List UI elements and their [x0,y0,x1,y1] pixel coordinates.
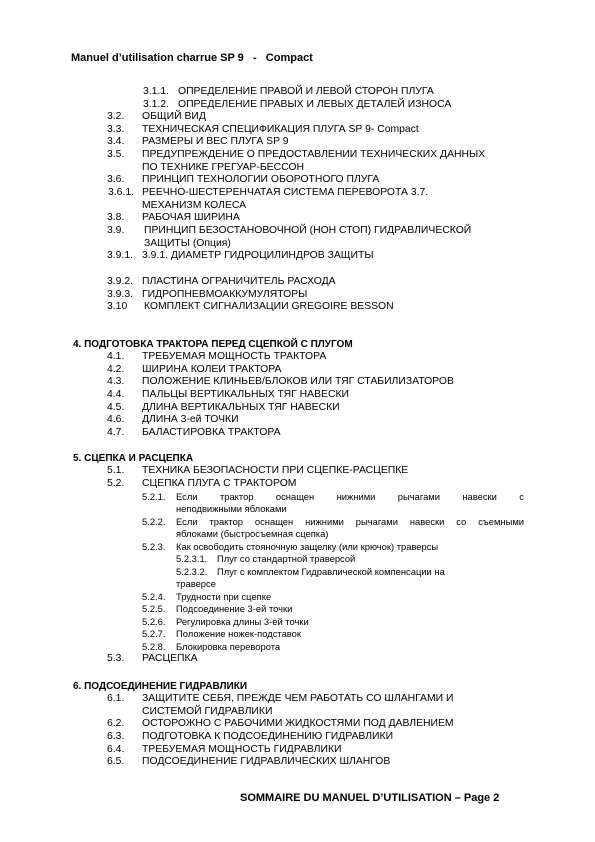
toc-text: ПО ТЕХНИКЕ ГРЕГУАР-БЕССОН [142,162,304,175]
toc-number: 3.5. [107,149,124,162]
toc-number: 3.8. [107,212,124,225]
toc-text: РАЗМЕРЫ И ВЕС ПЛУГА SP 9 [142,136,289,149]
toc-number: 6.5. [107,756,124,769]
toc-number: 5.2.4. [142,591,165,604]
toc-text: ЗАЩИТИТЕ СЕБЯ, ПРЕЖДЕ ЧЕМ РАБОТАТЬ СО ШЛ… [142,693,453,706]
toc-text: Если трактор оснащен нижними рычагами на… [176,491,524,504]
toc-number: 3.9.3. [107,289,133,302]
toc-number: 4.2. [107,364,124,377]
toc-number: 3.9.2. [107,276,133,289]
toc-text: ОБЩИЙ ВИД [142,111,206,124]
toc-text: ПОДГОТОВКА К ПОДСОЕДИНЕНИЮ ГИДРАВЛИКИ [142,731,393,744]
toc-text: ПЛАСТИНА ОГРАНИЧИТЕЛЬ РАСХОДА [142,276,336,289]
toc-number: 6.4. [107,744,124,757]
toc-number: 4.3. [107,376,124,389]
toc-text: ЗАЩИТЫ (Опция) [144,238,231,251]
toc-number: 3.6.1. [108,187,134,200]
toc-number: 3.10 [107,301,127,314]
toc-text: ГИДРОПНЕВМОАККУМУЛЯТОРЫ [142,289,307,302]
toc-number: 4.5. [107,402,124,415]
toc-text: ОПРЕДЕЛЕНИЕ ПРАВЫХ И ЛЕВЫХ ДЕТАЛЕЙ ИЗНОС… [178,99,451,112]
toc-number: 6.1. [107,693,124,706]
toc-text: Блокировка переворота [176,641,280,654]
toc-text: БАЛАСТИРОВКА ТРАКТОРА [142,427,281,440]
toc-text: Плуг с комплектом Гидравлической компенс… [217,566,445,579]
toc-text: ПОДСОЕДИНЕНИЕ ГИДРАВЛИЧЕСКИХ ШЛАНГОВ [142,756,390,769]
toc-text: ТРЕБУЕМАЯ МОЩНОСТЬ ГИДРАВЛИКИ [142,744,342,757]
toc-number: 5.2.7. [142,628,165,641]
toc-text: ТЕХНИКА БЕЗОПАСНОСТИ ПРИ СЦЕПКЕ-РАСЦЕПКЕ [142,465,408,478]
section-heading: 4. ПОДГОТОВКА ТРАКТОРА ПЕРЕД СЦЕПКОЙ С П… [73,339,353,350]
toc-number: 4.4. [107,389,124,402]
toc-number: 5.2.8. [142,641,165,654]
toc-text: ТЕХНИЧЕСКАЯ СПЕЦИФИКАЦИЯ ПЛУГА SP 9- Com… [142,124,419,137]
toc-text: ПРИНЦИП ТЕХНОЛОГИИ ОБОРОТНОГО ПЛУГА [142,174,379,187]
document-header: Manuel d’utilisation charrue SP 9 - Comp… [71,52,313,64]
toc-number: 4.6. [107,414,124,427]
toc-text: Если трактор оснащен нижними рычагами на… [176,516,524,529]
toc-text: ШИРИНА КОЛЕИ ТРАКТОРА [142,364,281,377]
toc-number: 3.1.1. [143,86,169,99]
section-heading: 6. ПОДСОЕДИНЕНИЕ ГИДРАВЛИКИ [73,681,247,692]
toc-number: 6.2. [107,718,124,731]
toc-text: ТРЕБУЕМАЯ МОЩНОСТЬ ТРАКТОРА [142,351,326,364]
toc-text: яблоками (быстросъемная сцепка) [176,528,328,541]
toc-number: 3.4. [107,136,124,149]
toc-text: СИСТЕМОЙ ГИДРАВЛИКИ [142,706,272,719]
toc-text: РЕЕЧНО-ШЕСТЕРЕНЧАТАЯ СИСТЕМА ПЕРЕВОРОТА … [142,187,428,200]
toc-text: РАСЦЕПКА [142,653,198,666]
toc-text: Как освободить стояночную защелку (или к… [176,541,438,554]
toc-number: 5.2.3.1. [176,553,207,566]
toc-number: 4.1. [107,351,124,364]
toc-text: 3.9.1. ДИАМЕТР ГИДРОЦИЛИНДРОВ ЗАЩИТЫ [142,250,374,263]
toc-number: 5.2.3. [142,541,165,554]
toc-number: 5.2.5. [142,603,165,616]
toc-text: ПОЛОЖЕНИЕ КЛИНЬЕВ/БЛОКОВ ИЛИ ТЯГ СТАБИЛИ… [142,376,454,389]
toc-number: 4.7. [107,427,124,440]
toc-text: ПАЛЬЦЫ ВЕРТИКАЛЬНЫХ ТЯГ НАВЕСКИ [142,389,349,402]
toc-text: РАБОЧАЯ ШИРИНА [142,212,240,225]
toc-text: Плуг со стандартной траверсой [217,553,355,566]
toc-text: МЕХАНИЗМ КОЛЕСА [142,200,246,213]
toc-number: 5.2.6. [142,616,165,629]
section-heading: 5. СЦЕПКА И РАСЦЕПКА [73,453,193,464]
toc-text: Подсоединение 3-ей точки [176,603,292,616]
toc-number: 5.3. [107,653,124,666]
toc-text: КОМПЛЕКТ СИГНАЛИЗАЦИИ GREGOIRE BESSON [144,301,394,314]
toc-number: 3.1.2. [143,99,169,112]
toc-number: 5.2.1. [142,491,165,504]
toc-text: ОПРЕДЕЛЕНИЕ ПРАВОЙ И ЛЕВОЙ СТОРОН ПЛУГА [178,86,434,99]
toc-number: 5.2.3.2. [176,566,207,579]
toc-number: 3.9.1. [107,250,133,263]
toc-text: траверсе [176,578,216,591]
toc-text: ДЛИНА ВЕРТИКАЛЬНЫХ ТЯГ НАВЕСКИ [142,402,340,415]
toc-text: ПРЕДУПРЕЖДЕНИЕ О ПРЕДОСТАВЛЕНИИ ТЕХНИЧЕС… [142,149,485,162]
toc-number: 3.2. [107,111,124,124]
toc-number: 6.3. [107,731,124,744]
toc-text: Регулировка длины 3-ей точки [176,616,309,629]
toc-text: СЦЕПКА ПЛУГА С ТРАКТОРОМ [142,478,296,491]
toc-number: 3.3. [107,124,124,137]
toc-text: ПРИНЦИП БЕЗОСТАНОВОЧНОЙ (НОН СТОП) ГИДРА… [144,225,471,238]
toc-number: 5.2. [107,478,124,491]
toc-text: Положение ножек-подставок [176,628,301,641]
toc-number: 5.2.2. [142,516,165,529]
toc-text: ДЛИНА 3-ей ТОЧКИ [142,414,239,427]
toc-number: 3.9. [107,225,124,238]
page-footer: SOMMAIRE DU MANUEL D’UTILISATION – Page … [240,792,499,804]
toc-text: неподвижными яблоками [176,503,287,516]
toc-text: ОСТОРОЖНО С РАБОЧИМИ ЖИДКОСТЯМИ ПОД ДАВЛ… [142,718,454,731]
toc-number: 3.6. [107,174,124,187]
toc-text: Трудности при сцепке [176,591,271,604]
toc-number: 5.1. [107,465,124,478]
